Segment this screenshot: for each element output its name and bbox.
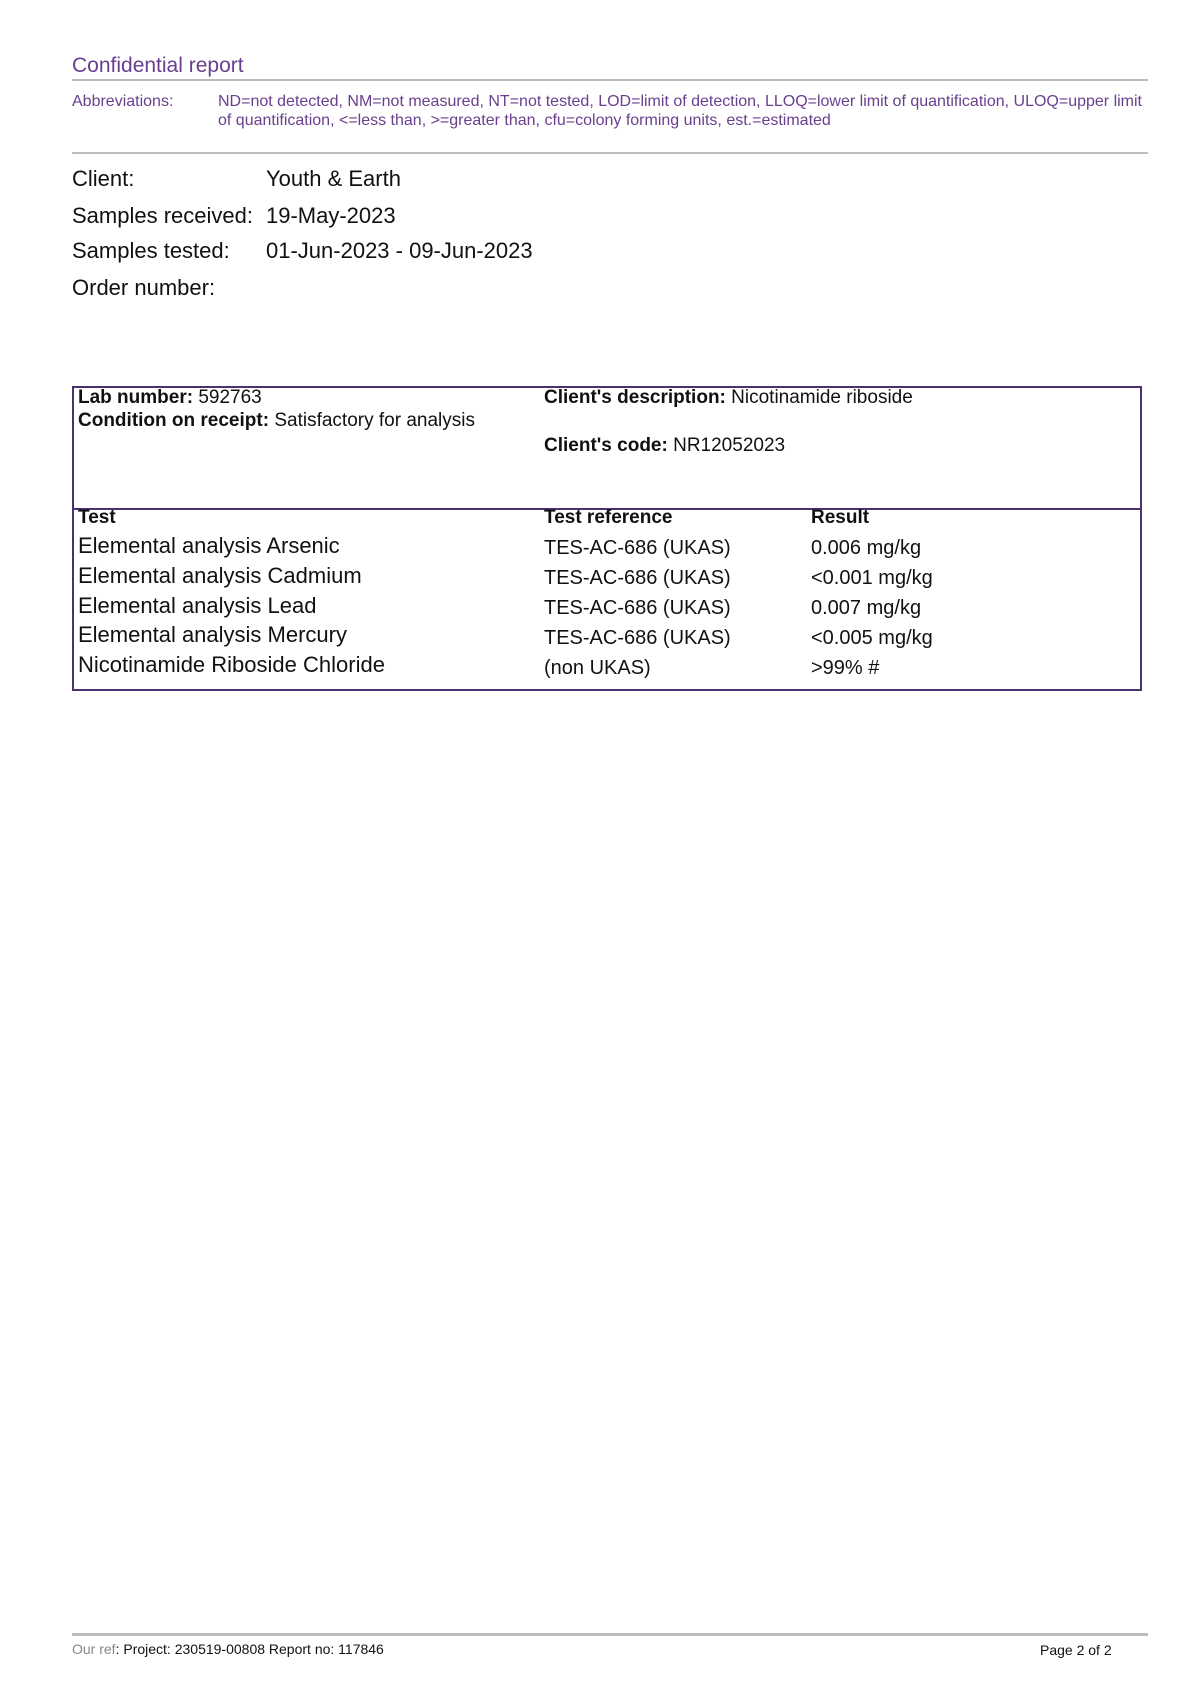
test-result: <0.001 mg/kg [811, 566, 933, 590]
test-reference: TES-AC-686 (UKAS) [544, 536, 731, 560]
lab-number: Lab number: 592763 [78, 387, 262, 409]
column-header-test: Test [78, 507, 116, 529]
samples-tested-label: Samples tested: [72, 238, 230, 264]
client-description: Client's description: Nicotinamide ribos… [544, 387, 913, 409]
client-label: Client: [72, 166, 134, 192]
test-name: Elemental analysis Mercury [78, 622, 347, 648]
test-reference: TES-AC-686 (UKAS) [544, 626, 731, 650]
client-code: Client's code: NR12052023 [544, 435, 785, 457]
page-number: Page 2 of 2 [1040, 1641, 1112, 1659]
footer-divider [72, 1633, 1148, 1636]
lab-number-value: 592763 [198, 387, 261, 408]
test-reference: (non UKAS) [544, 656, 651, 680]
test-reference: TES-AC-686 (UKAS) [544, 566, 731, 590]
client-description-label: Client's description: [544, 387, 726, 408]
test-result: 0.007 mg/kg [811, 596, 921, 620]
test-result: >99% # [811, 656, 879, 680]
client-code-label: Client's code: [544, 435, 668, 456]
client-value: Youth & Earth [266, 166, 401, 192]
column-header-test-reference: Test reference [544, 507, 673, 529]
footer-ref-text: : Project: 230519-00808 Report no: 11784… [116, 1641, 384, 1657]
footer-reference: Our ref: Project: 230519-00808 Report no… [72, 1640, 384, 1658]
abbreviations-label: Abbreviations: [72, 92, 173, 111]
footer-ref-label: Our ref [72, 1641, 116, 1657]
test-result: 0.006 mg/kg [811, 536, 921, 560]
abbreviations-divider [72, 152, 1148, 154]
samples-received-value: 19-May-2023 [266, 203, 396, 229]
client-description-value: Nicotinamide riboside [731, 387, 913, 408]
abbreviations-text: ND=not detected, NM=not measured, NT=not… [218, 92, 1148, 130]
header-divider [72, 79, 1148, 81]
lab-number-label: Lab number: [78, 387, 193, 408]
test-reference: TES-AC-686 (UKAS) [544, 596, 731, 620]
column-header-result: Result [811, 507, 869, 529]
test-name: Elemental analysis Lead [78, 593, 316, 619]
test-name: Elemental analysis Cadmium [78, 563, 362, 589]
client-code-value: NR12052023 [673, 435, 785, 456]
samples-received-label: Samples received: [72, 203, 253, 229]
order-number-label: Order number: [72, 275, 215, 301]
condition-on-receipt: Condition on receipt: Satisfactory for a… [78, 410, 475, 432]
test-result: <0.005 mg/kg [811, 626, 933, 650]
test-name: Elemental analysis Arsenic [78, 533, 340, 559]
test-name: Nicotinamide Riboside Chloride [78, 652, 385, 678]
condition-value: Satisfactory for analysis [274, 410, 475, 431]
report-title: Confidential report [72, 53, 244, 79]
samples-tested-value: 01-Jun-2023 - 09-Jun-2023 [266, 238, 533, 264]
condition-label: Condition on receipt: [78, 410, 269, 431]
